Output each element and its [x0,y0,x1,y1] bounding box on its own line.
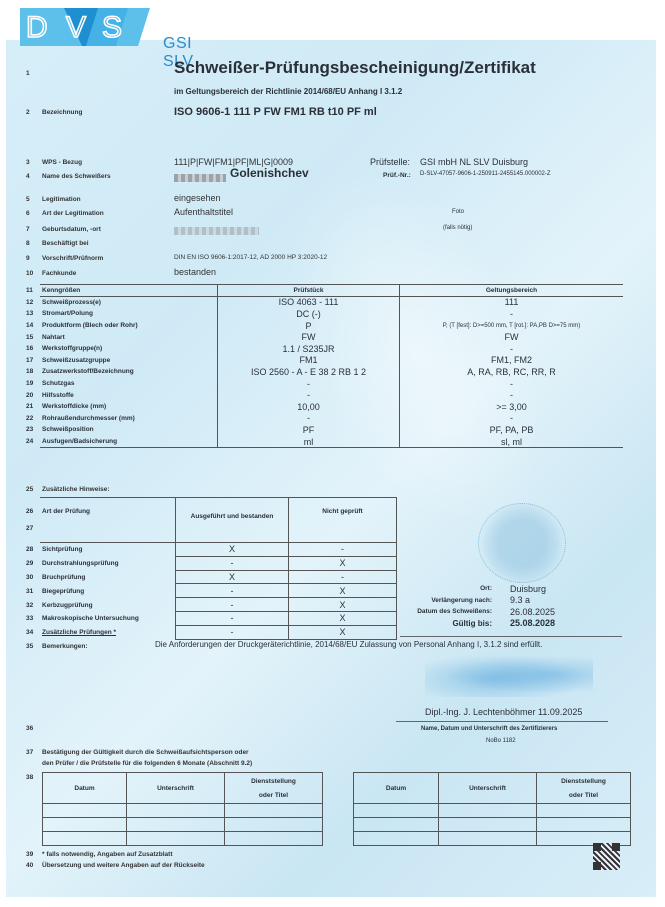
certifier-name-date: Dipl.-Ing. J. Lechtenböhmer 11.09.2025 [425,707,582,717]
row-number: 36 [26,725,33,732]
range-value: P, (T [fest]: D>=500 mm, T [rot.]: PA,PB… [399,320,623,332]
row-number: 26 [26,508,33,515]
signature-cell[interactable] [439,804,537,818]
table-row: 23SchweißpositionPFPF, PA, PB [40,424,623,436]
column-header: Unterschrift [439,773,537,804]
parameters-table: 11 Kenngrößen Prüfstück Geltungsbereich … [40,284,623,448]
row-number: 37 [26,749,33,756]
row-number: 9 [26,255,30,262]
row-number: 32 [26,602,33,609]
column-header: Geltungsbereich [399,285,623,296]
confirmation-text-2: den Prüfer / die Prüfstelle für die folg… [42,760,252,767]
row-number: 3 [26,159,30,166]
divider [400,636,622,637]
row-number: 15 [26,334,33,341]
test-piece-value: FW [217,331,399,343]
row-number: 24 [26,438,33,445]
svg-text:D: D [26,11,48,44]
row-number: 7 [26,226,30,233]
range-value: - [399,308,623,320]
confirmation-text-1: Bestätigung der Gültigkeit durch die Sch… [42,749,249,756]
parameter-label: Werkstoffgruppe(n) [40,345,217,352]
signature-cell[interactable] [127,832,225,846]
row-number: 6 [26,210,30,217]
validity-info: Ort:Duisburg Verlängerung nach:9.3 a Dat… [400,583,620,629]
table-row: 17SchweißzusatzgruppeFM1FM1, FM2 [40,355,623,367]
column-header: Dienststellungoder Titel [225,773,323,804]
row-number: 12 [26,299,33,306]
test-label: Durchstrahlungsprüfung [40,560,175,567]
standard-label: Vorschrift/Prüfnorm [42,255,103,262]
row-number: 14 [26,322,33,329]
welder-name-label: Name des Schweißers [42,173,111,180]
table-row: 13Stromart/PolungDC (-)- [40,308,623,320]
footnote-40: Übersetzung und weitere Angaben auf der … [42,862,205,869]
dvs-logo-icon: D V S [20,8,150,46]
row-number: 4 [26,173,30,180]
date-cell[interactable] [354,804,439,818]
row-number: 17 [26,357,33,364]
row-number: 10 [26,270,33,277]
table-row: 29Durchstrahlungsprüfung-X [40,557,397,571]
test-piece-value: 10,00 [217,401,399,413]
test-piece-value: DC (-) [217,308,399,320]
not-tested-mark: X [288,584,397,598]
not-tested-mark: X [288,557,397,571]
passed-mark: X [175,571,288,585]
passed-mark: - [175,557,288,571]
designation-label: Bezeichnung [42,109,82,116]
extension-label: Verlängerung nach: [400,597,510,604]
birth-redacted [174,222,259,240]
test-label: Makroskopische Untersuchung [40,615,175,622]
row-number: 1 [26,70,30,77]
range-value: A, RA, RB, RC, RR, R [399,366,623,378]
parameter-label: Rohraußendurchmesser (mm) [40,415,217,422]
table-row: 12Schweißprozess(e)ISO 4063 - 111111 [40,297,623,309]
remarks-label: Bemerkungen: [42,643,88,650]
row-number: 23 [26,426,33,433]
tests-table: 26 27 Art der Prüfung Ausgeführt und bes… [40,497,397,640]
column-header: Nicht geprüft [288,498,397,542]
row-number: 13 [26,310,33,317]
designation-value: ISO 9606-1 111 P FW FM1 RB t10 PF ml [174,106,377,118]
range-value: PF, PA, PB [399,424,623,436]
row-number: 30 [26,574,33,581]
notes-label: Zusätzliche Hinweise: [42,486,110,493]
welder-name-redacted [174,169,226,187]
employer-label: Beschäftigt bei [42,240,89,247]
table-row: 31Biegeprüfung-X [40,584,397,598]
range-value: FW [399,331,623,343]
official-stamp [478,503,566,583]
header-line: Dienststellung [561,778,606,785]
parameter-label: Schweißprozess(e) [40,299,217,306]
parameter-label: Stromart/Polung [40,310,217,317]
table-row: 14Produktform (Blech oder Rohr)PP, (T [f… [40,320,623,332]
column-header: Art der Prüfung [40,498,175,542]
footnote-39: * falls notwendig, Angaben auf Zusatzbla… [42,851,173,858]
title-cell[interactable] [537,804,631,818]
legitimation-type-label: Art der Legitimation [42,210,104,217]
range-value: - [399,343,623,355]
passed-mark: - [175,626,288,640]
svg-text:V: V [66,11,86,44]
table-row: 20Hilfsstoffe-- [40,389,623,401]
table-row: 28SichtprüfungX- [40,543,397,557]
weld-date-label: Datum des Schweißens: [400,608,510,615]
title-cell[interactable] [225,804,323,818]
test-number-label: Prüf.-Nr.: [383,172,411,179]
test-piece-value: 1.1 / S235JR [217,343,399,355]
parameter-label: Nahtart [40,334,217,341]
redacted-block [174,174,226,182]
birth-label: Geburtsdatum, -ort [42,226,101,233]
date-cell[interactable] [43,832,127,846]
standard-value: DIN EN ISO 9606-1:2017-12, AD 2000 HP 3:… [174,254,327,261]
title-cell[interactable] [225,818,323,832]
page-title: Schweißer-Prüfungsbescheinigung/Zertifik… [174,58,536,78]
range-value: 111 [399,297,623,309]
not-tested-mark: X [288,598,397,612]
row-number: 8 [26,240,30,247]
parameter-label: Schweißposition [40,426,217,433]
row-number: 19 [26,380,33,387]
row-number: 35 [26,643,33,650]
test-number-value: D-SLV-47057-9606-1-250911-2455145.000002… [420,171,551,177]
test-piece-value: FM1 [217,355,399,367]
place-value: Duisburg [510,584,546,594]
signature-cell[interactable] [439,818,537,832]
row-number: 27 [26,525,33,532]
test-piece-value: - [217,413,399,425]
date-cell[interactable] [43,804,127,818]
legitimation-label: Legitimation [42,196,81,203]
table-row: 24Ausfugen/Badsicherungmlsl, ml [40,436,623,448]
table-row: 18Zusatzwerkstoff/BezeichnungISO 2560 - … [40,366,623,378]
remarks-text: Die Anforderungen der Druckgeräterichtli… [155,640,542,649]
signature-cell[interactable] [127,804,225,818]
row-number: 38 [26,774,33,781]
knowledge-value: bestanden [174,267,216,277]
qr-code-icon[interactable] [593,843,620,870]
table-row: 34Zusätzliche Prüfungen *-X [40,626,397,640]
test-piece-value: ml [217,436,399,448]
date-cell[interactable] [354,818,439,832]
table-row: 19Schutzgas-- [40,378,623,390]
row-number: 33 [26,615,33,622]
test-piece-value: ISO 2560 - A - E 38 2 RB 1 2 [217,366,399,378]
passed-mark: - [175,584,288,598]
legitimation-type-value: Aufenthaltstitel [174,207,233,217]
row-number: 11 [26,287,33,294]
validity-confirmation-table-left: Datum Unterschrift Dienststellungoder Ti… [42,772,323,846]
test-label: Bruchprüfung [40,574,175,581]
not-tested-mark: - [288,543,397,557]
title-cell[interactable] [225,832,323,846]
knowledge-label: Fachkunde [42,270,76,277]
tests-header: 26 27 Art der Prüfung Ausgeführt und bes… [40,498,397,543]
title-cell[interactable] [537,818,631,832]
signature-line [396,721,608,722]
range-value: - [399,378,623,390]
column-header: Dienststellungoder Titel [537,773,631,804]
test-piece-value: PF [217,424,399,436]
parameter-label: Ausfugen/Badsicherung [40,438,217,445]
validity-confirmation-table-right: Datum Unterschrift Dienststellungoder Ti… [353,772,631,846]
test-piece-value: - [217,389,399,401]
column-header: Datum [354,773,439,804]
table-row: 22Rohraußendurchmesser (mm)-- [40,413,623,425]
parameter-label: Zusatzwerkstoff/Bezeichnung [40,368,217,375]
not-tested-mark: X [288,612,397,626]
photo-note: (falls nötig) [443,225,472,231]
page-subtitle: im Geltungsbereich der Richtlinie 2014/6… [174,87,402,96]
parameter-label: Werkstoffdicke (mm) [40,403,217,410]
wps-label: WPS - Bezug [42,159,82,166]
passed-mark: - [175,598,288,612]
test-center-value: GSI mbH NL SLV Duisburg [420,157,528,167]
header-line: Dienststellung [251,778,296,785]
test-label: Biegeprüfung [40,588,175,595]
column-header: Kenngrößen [40,287,217,294]
welder-name-value: Golenishchev [230,166,309,180]
row-number: 16 [26,345,33,352]
test-piece-value: - [217,378,399,390]
row-number: 20 [26,392,33,399]
passed-mark: X [175,543,288,557]
row-number: 5 [26,196,30,203]
table-row: 16Werkstoffgruppe(n)1.1 / S235JR- [40,343,623,355]
parameter-label: Hilfsstoffe [40,392,217,399]
header-line: oder Titel [259,792,288,799]
test-piece-value: ISO 4063 - 111 [217,297,399,309]
extension-value: 9.3 a [510,595,530,605]
row-number: 21 [26,403,33,410]
passed-mark: - [175,612,288,626]
signature [425,652,593,697]
signature-cell[interactable] [127,818,225,832]
row-number: 29 [26,560,33,567]
range-value: sl, ml [399,436,623,448]
column-header: Unterschrift [127,773,225,804]
table-row: 30BruchprüfungX- [40,571,397,585]
signature-cell[interactable] [439,832,537,846]
range-value: - [399,389,623,401]
parameter-label: Schutzgas [40,380,217,387]
certifier-caption: Name, Datum und Unterschrift des Zertifi… [421,726,557,732]
table-row: 33Makroskopische Untersuchung-X [40,612,397,626]
table-row: 15NahtartFWFW [40,331,623,343]
legitimation-value: eingesehen [174,193,221,203]
row-number: 22 [26,415,33,422]
dvs-logo: D V S GSI SLV [20,8,220,46]
not-tested-mark: - [288,571,397,585]
date-cell[interactable] [354,832,439,846]
weld-date-value: 26.08.2025 [510,607,555,617]
parameters-header: 11 Kenngrößen Prüfstück Geltungsbereich [40,285,623,297]
row-number: 40 [26,862,33,869]
test-piece-value: P [217,320,399,332]
column-header: Ausgeführt und bestanden [175,498,288,542]
not-tested-mark: X [288,626,397,640]
row-number: 39 [26,851,33,858]
valid-until-value: 25.08.2028 [510,618,555,628]
row-number: 31 [26,588,33,595]
test-label: Kerbzugprüfung [40,602,175,609]
notified-body-number: NoBo 1182 [486,738,516,744]
svg-text:S: S [102,11,122,44]
date-cell[interactable] [43,818,127,832]
valid-until-label: Gültig bis: [400,619,510,628]
photo-label: Foto [452,209,464,215]
range-value: - [399,413,623,425]
test-label: Zusätzliche Prüfungen * [40,629,175,636]
table-row: 32Kerbzugprüfung-X [40,598,397,612]
parameter-label: Produktform (Blech oder Rohr) [40,322,217,329]
place-label: Ort: [400,585,510,592]
row-number: 25 [26,486,33,493]
row-number: 28 [26,546,33,553]
range-value: >= 3,00 [399,401,623,413]
certificate-sheet [6,40,656,897]
test-label: Sichtprüfung [40,546,175,553]
row-number: 18 [26,368,33,375]
parameter-label: Schweißzusatzgruppe [40,357,217,364]
test-center-label: Prüfstelle: [370,157,410,167]
row-number: 34 [26,629,33,636]
table-row: 21Werkstoffdicke (mm)10,00>= 3,00 [40,401,623,413]
header-line: oder Titel [569,792,598,799]
redacted-block [174,227,259,235]
column-header: Datum [43,773,127,804]
column-header: Prüfstück [217,285,399,296]
row-number: 2 [26,109,30,116]
range-value: FM1, FM2 [399,355,623,367]
